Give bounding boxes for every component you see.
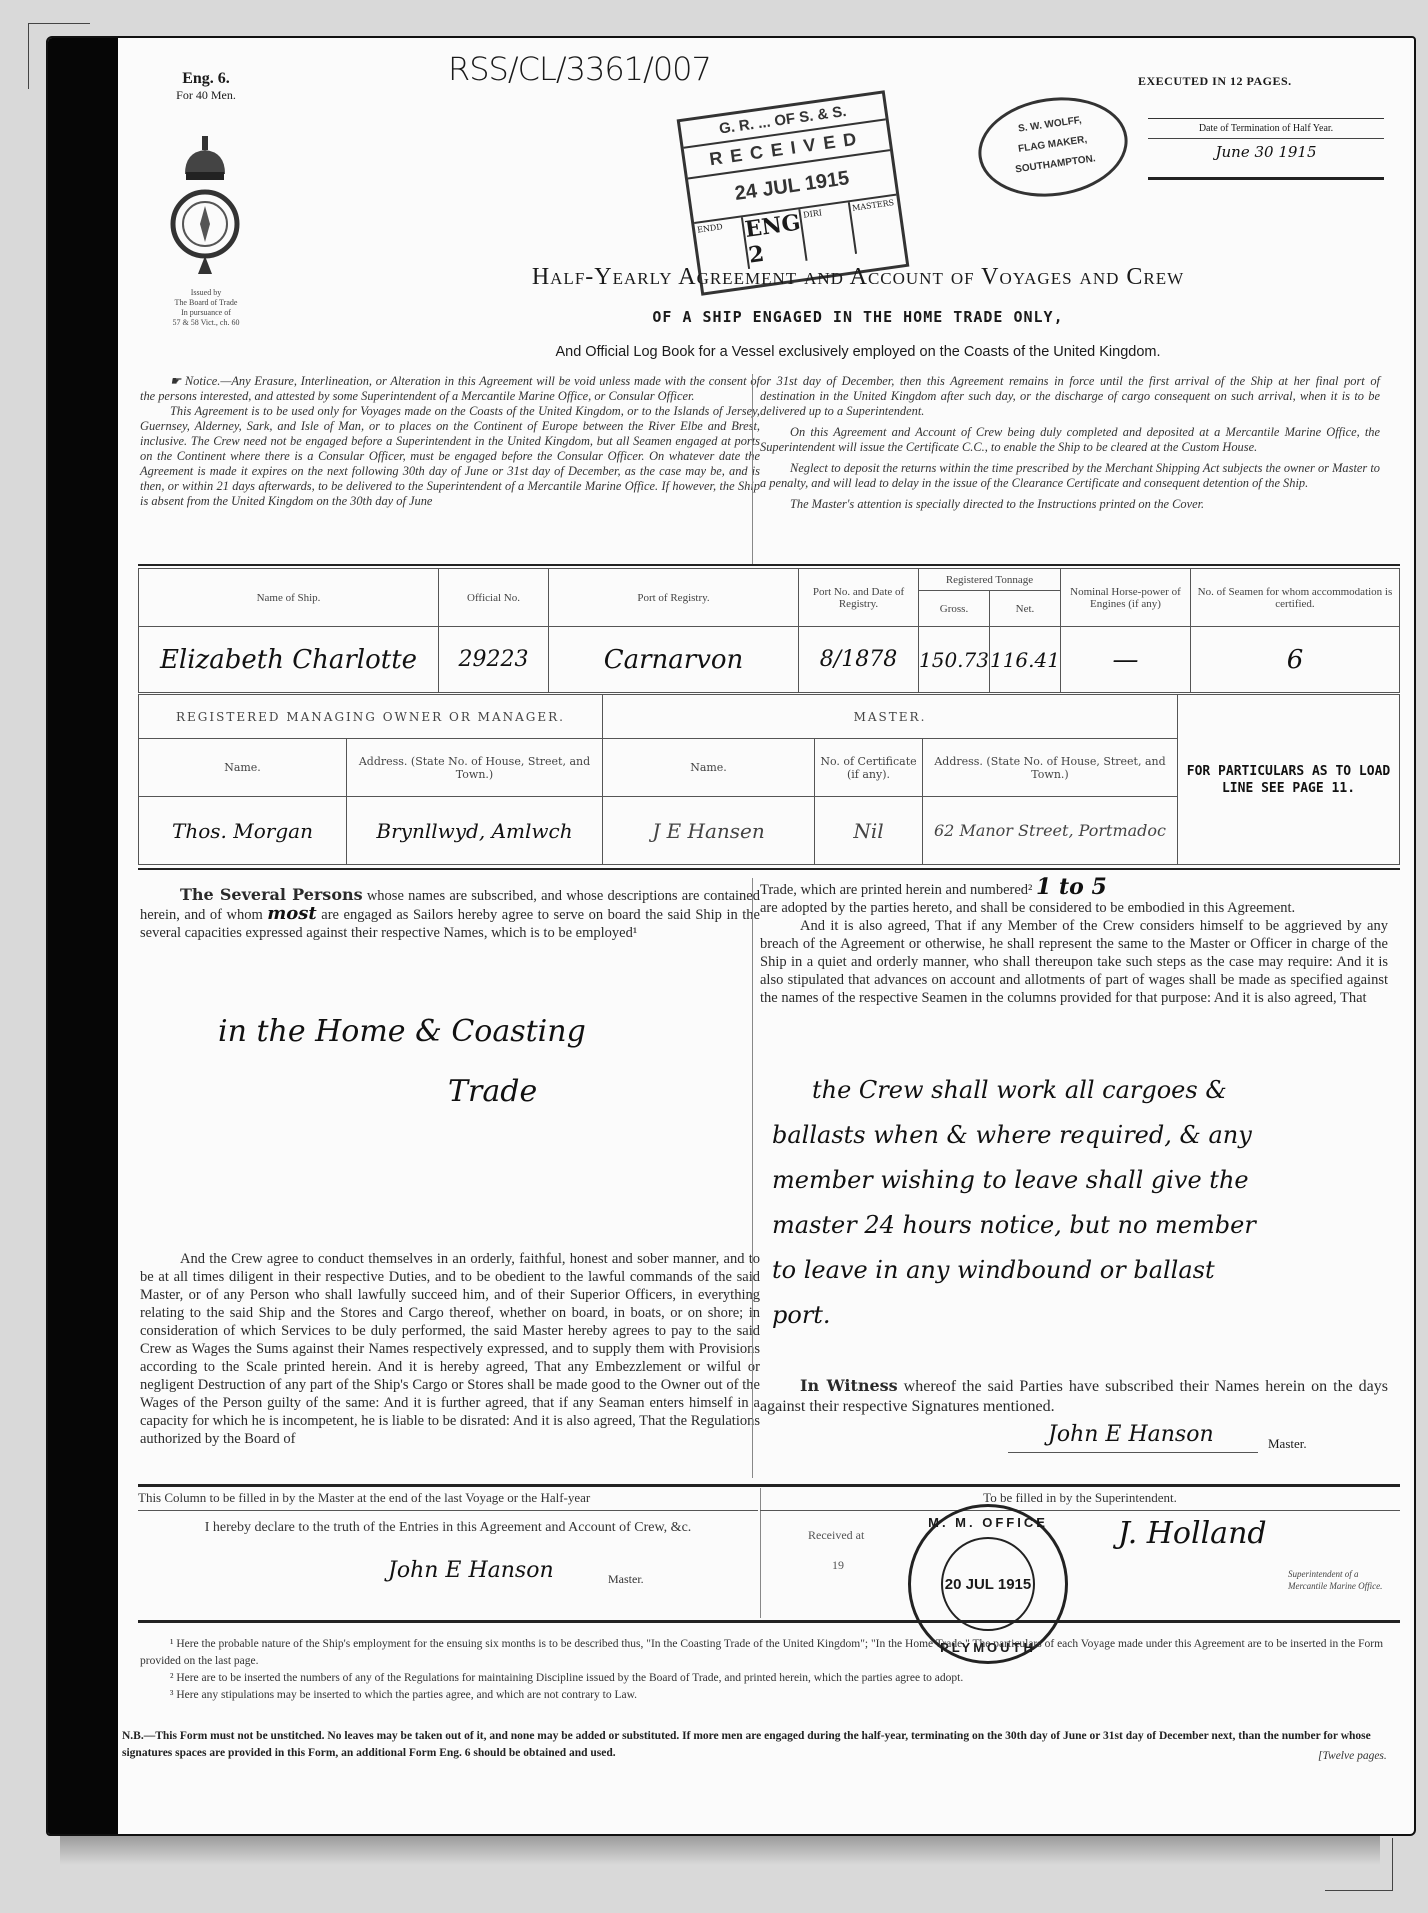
section-divider	[138, 1620, 1400, 1623]
regulations-text: Trade, which are printed herein and numb…	[760, 878, 1388, 1007]
employment-line-1: in the Home & Coasting	[218, 1010, 586, 1054]
owner-name: Thos. Morgan	[139, 797, 347, 865]
column-divider	[752, 374, 753, 564]
witness-clause: In Witness whereof the said Parties have…	[760, 1376, 1388, 1417]
declaration-master-label: Master.	[608, 1572, 644, 1587]
owner-master-table: REGISTERED MANAGING OWNER OR MANAGER. MA…	[138, 694, 1400, 865]
filled-regulation-numbers: 1 to 5	[1036, 874, 1107, 900]
load-line-note: FOR PARTICULARS AS TO LOAD LINE SEE PAGE…	[1178, 695, 1400, 865]
master-address-label: Address. (State No. of House, Street, an…	[923, 739, 1178, 797]
year-prefix: 19	[832, 1558, 844, 1573]
port-of-registry: Carnarvon	[549, 627, 799, 693]
master-column-header: This Column to be filled in by the Maste…	[138, 1490, 758, 1506]
section-divider	[138, 1484, 1400, 1487]
divider	[138, 1510, 758, 1511]
official-no: 29223	[439, 627, 549, 693]
declaration-signature: John E Hanson	[388, 1558, 554, 1583]
footnote-2: ² Here are to be inserted the numbers of…	[140, 1670, 1400, 1687]
crew-agreement-text: And the Crew agree to conduct themselves…	[140, 1250, 760, 1448]
footnote-3: ³ Here any stipulations may be inserted …	[140, 1687, 1400, 1704]
document-subtitle: OF A SHIP ENGAGED IN THE HOME TRADE ONLY…	[308, 308, 1408, 326]
master-certificate: Nil	[815, 797, 923, 865]
termination-date-box: Date of Termination of Half Year. June 3…	[1148, 118, 1384, 180]
col-horsepower: Nominal Horse-power of Engines (if any)	[1060, 569, 1190, 627]
col-port-no-date: Port No. and Date of Registry.	[799, 569, 919, 627]
owner-address: Brynllwyd, Amlwch	[347, 797, 603, 865]
form-code: Eng. 6.	[146, 70, 266, 88]
form-code-block: Eng. 6. For 40 Men.	[146, 70, 266, 103]
owner-name-label: Name.	[139, 739, 347, 797]
signature-line	[1008, 1452, 1258, 1453]
master-address: 62 Manor Street, Portmadoc	[923, 797, 1178, 865]
declaration-text: I hereby declare to the truth of the Ent…	[168, 1520, 728, 1536]
nb-note: N.B.—This Form must not be unstitched. N…	[122, 1728, 1402, 1762]
master-caption: MASTER.	[603, 695, 1178, 739]
termination-label: Date of Termination of Half Year.	[1148, 119, 1384, 139]
superintendent-label: Superintendent of a Mercantile Marine Of…	[1288, 1568, 1398, 1592]
superintendent-signature: J. Holland	[1118, 1516, 1267, 1551]
footnote-1: ¹ Here the probable nature of the Ship's…	[140, 1636, 1400, 1670]
master-name-label: Name.	[603, 739, 815, 797]
column-divider	[760, 1488, 761, 1618]
seamen-count: 6	[1190, 627, 1399, 693]
employment-line-2: Trade	[448, 1070, 537, 1114]
divider	[760, 1510, 1400, 1511]
col-official-no: Official No.	[439, 569, 549, 627]
col-port-of-registry: Port of Registry.	[549, 569, 799, 627]
superintendent-column-header: To be filled in by the Superintendent.	[760, 1490, 1400, 1506]
master-signature: John E Hanson	[1048, 1422, 1214, 1447]
net-tonnage: 116.41	[989, 627, 1060, 693]
stipulations-handwritten: the Crew shall work all cargoes & ballas…	[772, 1068, 1392, 1338]
section-divider	[138, 564, 1400, 566]
col-name-of-ship: Name of Ship.	[139, 569, 439, 627]
master-cert-label: No. of Certificate (if any).	[815, 739, 923, 797]
horsepower: —	[1060, 627, 1190, 693]
ship-name: Elizabeth Charlotte	[139, 627, 439, 693]
form-capacity: For 40 Men.	[146, 88, 266, 103]
master-name: J E Hansen	[603, 797, 815, 865]
crop-mark-bottom-right	[1325, 1838, 1393, 1891]
executed-pages-note: EXECUTED IN 12 PAGES.	[1138, 74, 1292, 89]
col-seamen: No. of Seamen for whom accommodation is …	[1190, 569, 1399, 627]
section-divider	[138, 868, 1400, 870]
agreement-opening: The Several Persons whose names are subs…	[140, 886, 760, 942]
flag-maker-stamp: S. W. WOLFF, FLAG MAKER, SOUTHAMPTON.	[972, 88, 1134, 206]
filled-most: most	[267, 903, 317, 924]
binding-spine	[48, 38, 118, 1834]
port-no-date: 8/1878	[799, 627, 919, 693]
col-registered-tonnage: Registered Tonnage	[919, 569, 1061, 591]
royal-crest-icon	[170, 134, 240, 284]
master-signature-label: Master.	[1268, 1436, 1307, 1452]
gross-tonnage: 150.73	[919, 627, 990, 693]
ship-row: Elizabeth Charlotte 29223 Carnarvon 8/18…	[139, 627, 1400, 693]
column-divider	[752, 878, 753, 1478]
document-title: Half-Yearly Agreement and Account of Voy…	[308, 264, 1408, 291]
document-subtitle-2: And Official Log Book for a Vessel exclu…	[308, 344, 1408, 360]
owner-caption: REGISTERED MANAGING OWNER OR MANAGER.	[139, 695, 603, 739]
ship-particulars-table: Name of Ship. Official No. Port of Regis…	[138, 568, 1400, 693]
pages-note: [Twelve pages.	[1318, 1748, 1387, 1765]
footnotes: ¹ Here the probable nature of the Ship's…	[140, 1636, 1400, 1704]
document-page: Eng. 6. For 40 Men. Issued by The Board …	[46, 36, 1416, 1836]
page-shadow	[60, 1835, 1380, 1865]
notice-left-column: ☛ Notice.—Any Erasure, Interlineation, o…	[140, 374, 760, 509]
col-net: Net.	[989, 591, 1060, 627]
owner-address-label: Address. (State No. of House, Street, an…	[347, 739, 603, 797]
termination-value: June 30 1915	[1148, 139, 1384, 161]
col-gross: Gross.	[919, 591, 990, 627]
notice-right-column: or 31st day of December, then this Agree…	[760, 374, 1380, 518]
issued-by-note: Issued by The Board of Trade In pursuanc…	[146, 288, 266, 328]
archive-reference: RSS/CL/3361/007	[448, 50, 711, 88]
received-at-label: Received at	[808, 1528, 864, 1543]
